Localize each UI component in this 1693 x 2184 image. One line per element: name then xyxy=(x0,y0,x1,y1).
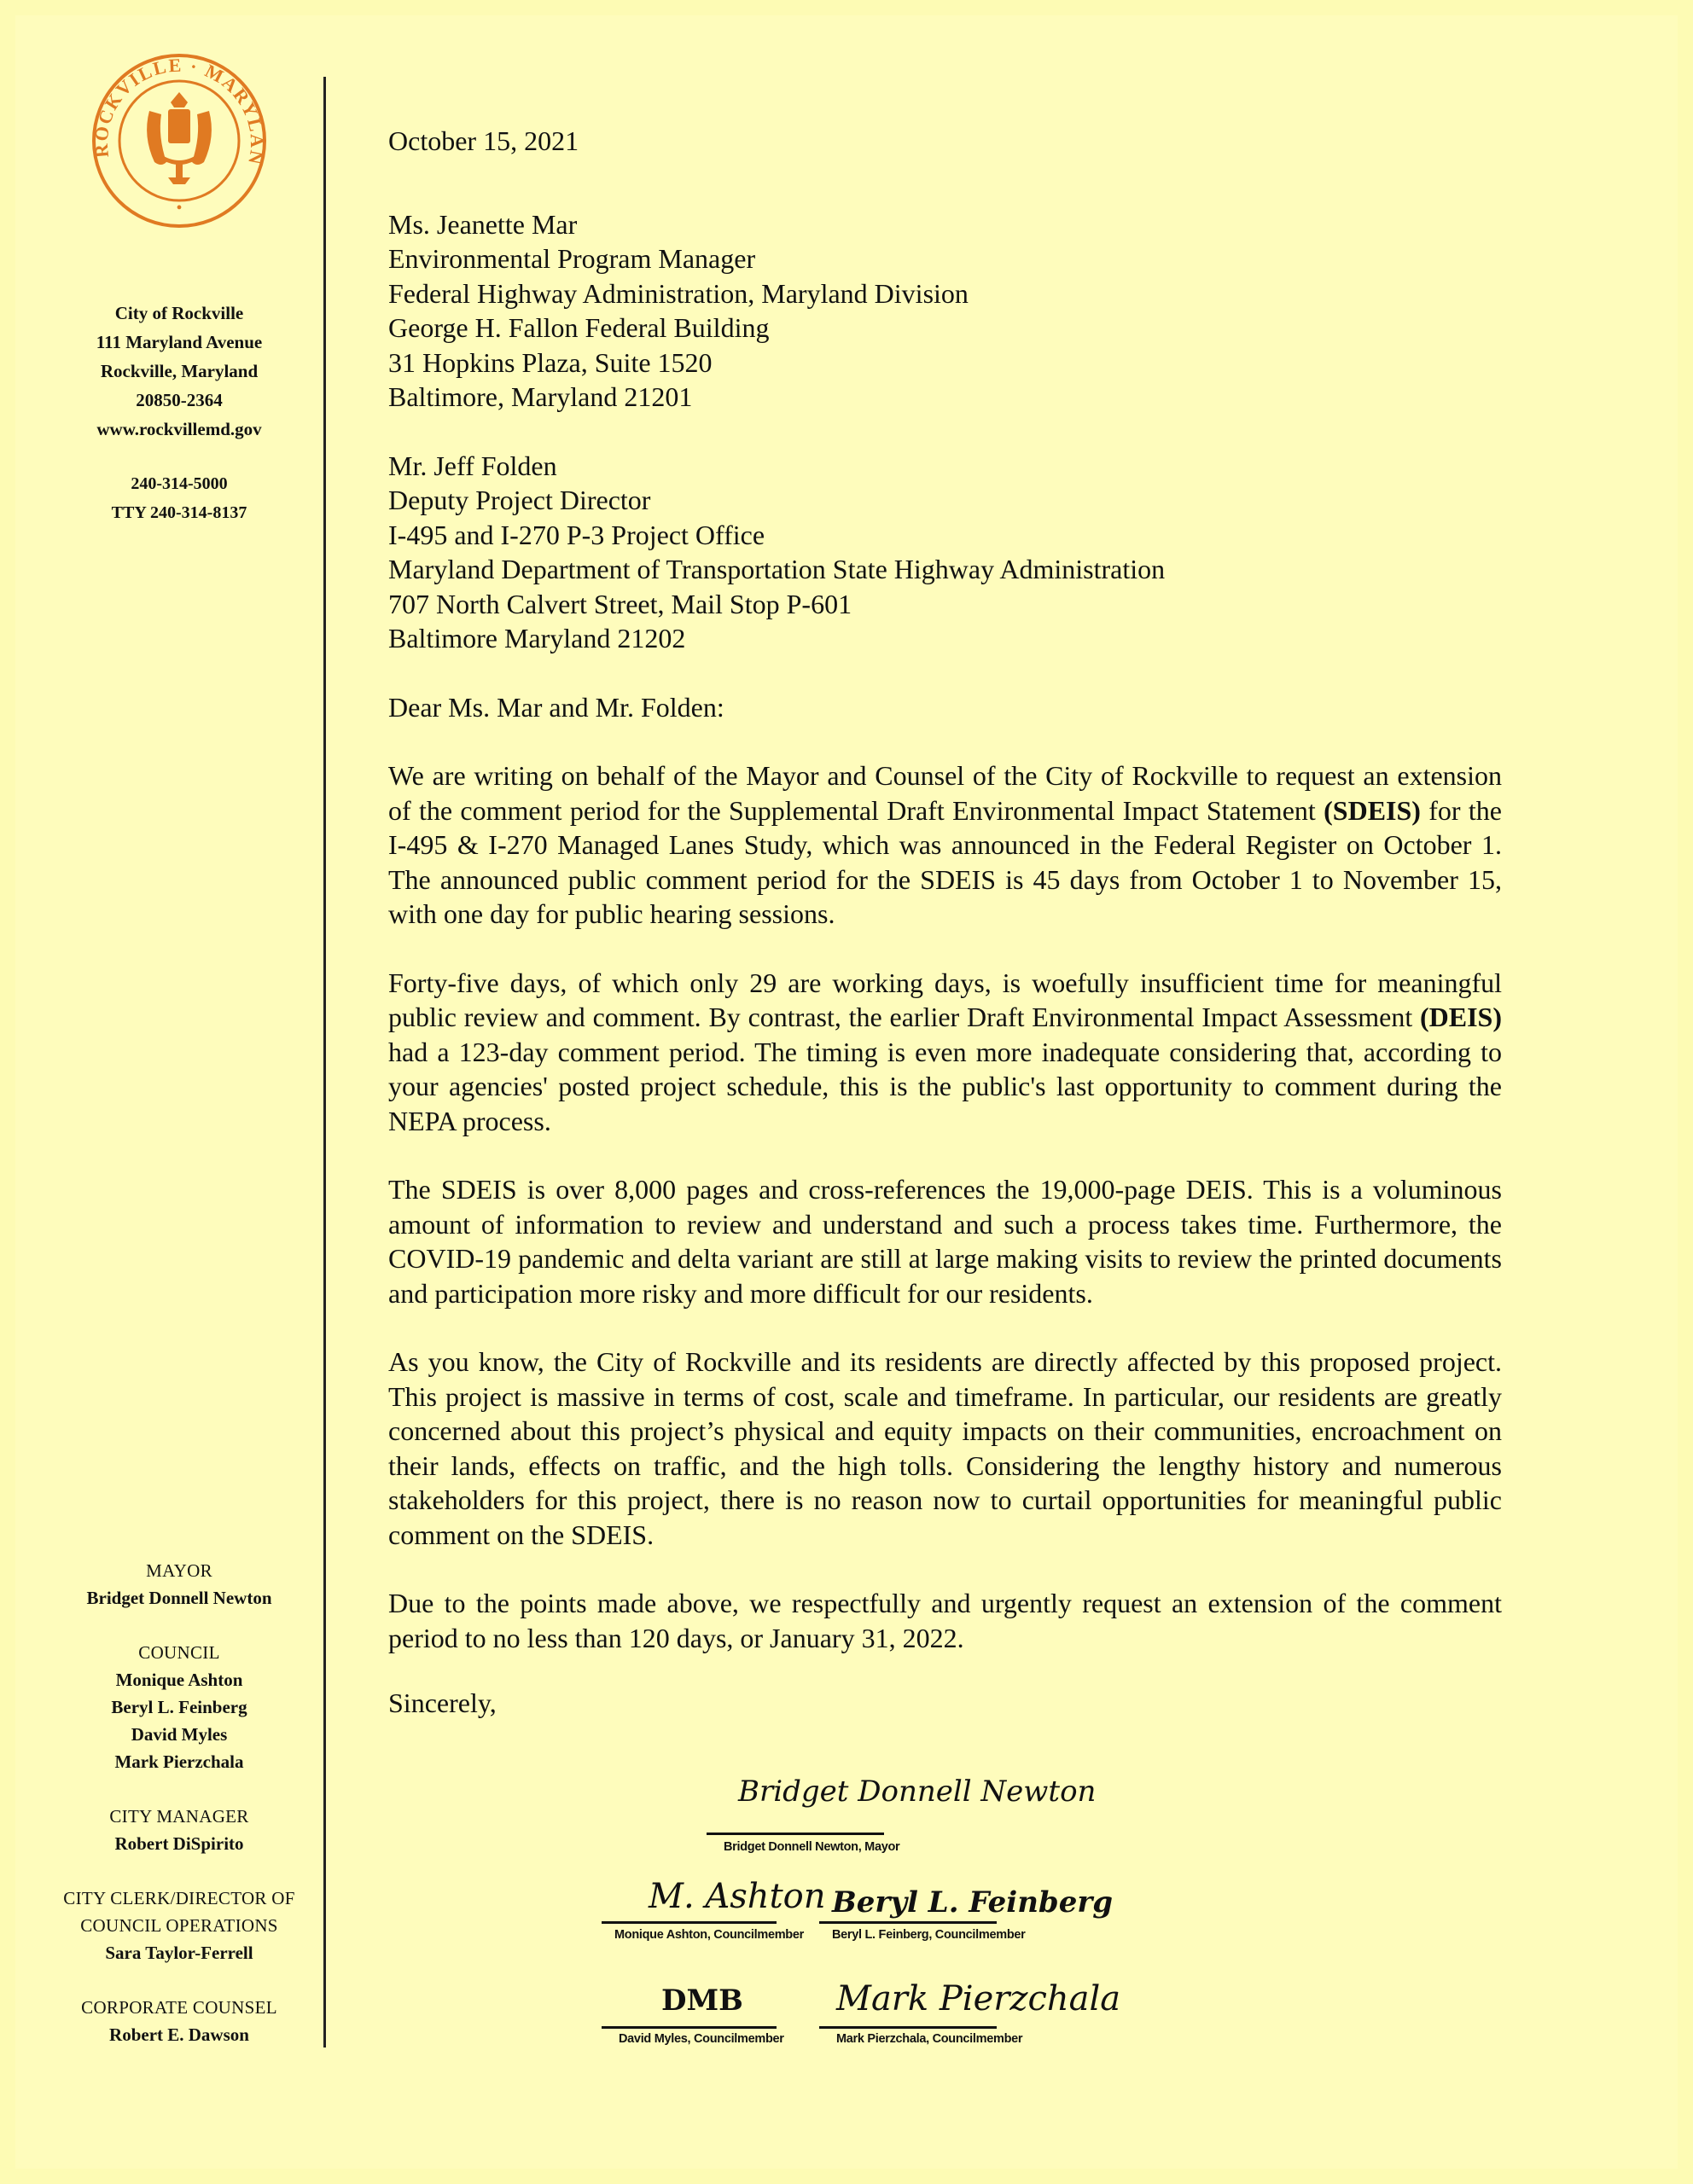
address-line: 111 Maryland Avenue xyxy=(51,328,307,357)
official-name: Sara Taylor-Ferrell xyxy=(51,1939,307,1966)
recipient-address: Mr. Jeff FoldenDeputy Project DirectorI-… xyxy=(388,449,1502,656)
recipient-address-line: 707 North Calvert Street, Mail Stop P-60… xyxy=(388,587,1502,622)
signature-caption: Beryl L. Feinberg, Councilmember xyxy=(832,1928,1025,1942)
phone-number: 240-314-5000 xyxy=(51,469,307,498)
signature-caption: Mark Pierzchala, Councilmember xyxy=(836,2032,1022,2046)
official-group: CITY CLERK/DIRECTOR OF COUNCIL OPERATION… xyxy=(51,1885,307,1966)
letter-paragraph: As you know, the City of Rockville and i… xyxy=(388,1345,1502,1552)
official-group: MAYORBridget Donnell Newton xyxy=(51,1557,307,1612)
recipients: Ms. Jeanette MarEnvironmental Program Ma… xyxy=(388,207,1502,656)
official-group: CITY MANAGERRobert DiSpirito xyxy=(51,1803,307,1857)
paragraph-text: Due to the points made above, we respect… xyxy=(388,1588,1502,1653)
official-title: COUNCIL xyxy=(51,1639,307,1666)
letter-paragraph: We are writing on behalf of the Mayor an… xyxy=(388,758,1502,932)
official-title: MAYOR xyxy=(51,1557,307,1584)
recipient-address-line: Mr. Jeff Folden xyxy=(388,449,1502,484)
bold-acronym: (SDEIS) xyxy=(1324,795,1421,826)
svg-text:•: • xyxy=(176,199,182,218)
letter-paragraphs: We are writing on behalf of the Mayor an… xyxy=(388,758,1502,1655)
recipient-address-line: 31 Hopkins Plaza, Suite 1520 xyxy=(388,346,1502,380)
city-seal-icon: ROCKVILLE · MARYLAND • xyxy=(90,51,269,230)
signature-line xyxy=(707,1833,884,1835)
official-name: David Myles xyxy=(51,1721,307,1748)
official-title: CITY CLERK/DIRECTOR OF COUNCIL OPERATION… xyxy=(51,1885,307,1939)
sidebar-divider xyxy=(323,77,326,2047)
recipient-address-line: Federal Highway Administration, Maryland… xyxy=(388,276,1502,311)
signature-script: DMB xyxy=(661,1984,743,2018)
address-line: City of Rockville xyxy=(51,299,307,328)
official-name: Monique Ashton xyxy=(51,1666,307,1693)
official-name: Robert E. Dawson xyxy=(51,2021,307,2048)
bold-acronym: (DEIS) xyxy=(1420,1002,1502,1032)
signature-script: Bridget Donnell Newton xyxy=(738,1774,1096,1809)
letter-date: October 15, 2021 xyxy=(388,124,1502,159)
recipient-address-line: Baltimore, Maryland 21201 xyxy=(388,380,1502,415)
paragraph-text: Forty-five days, of which only 29 are wo… xyxy=(388,967,1502,1033)
address-line: Rockville, Maryland xyxy=(51,357,307,386)
signature-script: Mark Pierzchala xyxy=(836,1979,1120,2018)
recipient-address-line: Baltimore Maryland 21202 xyxy=(388,621,1502,656)
official-name: Mark Pierzchala xyxy=(51,1748,307,1775)
letterhead-sidebar: ROCKVILLE · MARYLAND • City of Rockville… xyxy=(51,51,307,527)
paragraph-text: had a 123-day comment period. The timing… xyxy=(388,1037,1502,1136)
letter-paragraph: Forty-five days, of which only 29 are wo… xyxy=(388,966,1502,1139)
city-phones: 240-314-5000 TTY 240-314-8137 xyxy=(51,469,307,527)
salutation: Dear Ms. Mar and Mr. Folden: xyxy=(388,690,1502,725)
paragraph-text: As you know, the City of Rockville and i… xyxy=(388,1346,1502,1550)
official-group: CORPORATE COUNSELRobert E. Dawson xyxy=(51,1994,307,2048)
signature-script: M. Ashton xyxy=(649,1877,825,1916)
official-name: Robert DiSpirito xyxy=(51,1830,307,1857)
recipient-address-line: George H. Fallon Federal Building xyxy=(388,311,1502,346)
recipient-address: Ms. Jeanette MarEnvironmental Program Ma… xyxy=(388,207,1502,415)
letter-body: October 15, 2021 Ms. Jeanette MarEnviron… xyxy=(388,124,1502,1721)
letter-paragraph: The SDEIS is over 8,000 pages and cross-… xyxy=(388,1172,1502,1310)
signature-line xyxy=(819,2026,997,2029)
recipient-address-line: Ms. Jeanette Mar xyxy=(388,207,1502,242)
signature-caption: Bridget Donnell Newton, Mayor xyxy=(724,1840,899,1854)
signature-line xyxy=(819,1921,997,1924)
signature-block: Bridget Donnell Newton Bridget Donnell N… xyxy=(597,1774,1280,2047)
signature-caption: David Myles, Councilmember xyxy=(619,2032,784,2046)
signature-line xyxy=(602,2026,777,2029)
recipient-address-line: I-495 and I-270 P-3 Project Office xyxy=(388,518,1502,553)
letter-paragraph: Due to the points made above, we respect… xyxy=(388,1586,1502,1655)
signature-caption: Monique Ashton, Councilmember xyxy=(614,1928,804,1942)
recipient-address-line: Maryland Department of Transportation St… xyxy=(388,552,1502,587)
website-link[interactable]: www.rockvillemd.gov xyxy=(51,415,307,444)
address-line: 20850-2364 xyxy=(51,386,307,415)
signature-script: Beryl L. Feinberg xyxy=(832,1885,1113,1920)
recipient-address-line: Deputy Project Director xyxy=(388,483,1502,518)
official-name: Bridget Donnell Newton xyxy=(51,1584,307,1612)
officials-list: MAYORBridget Donnell NewtonCOUNCILMoniqu… xyxy=(51,1557,307,2076)
signature-line xyxy=(602,1921,777,1924)
recipient-address-line: Environmental Program Manager xyxy=(388,241,1502,276)
city-address: City of Rockville 111 Maryland Avenue Ro… xyxy=(51,299,307,444)
tty-number: TTY 240-314-8137 xyxy=(51,498,307,527)
official-title: CORPORATE COUNSEL xyxy=(51,1994,307,2021)
official-title: CITY MANAGER xyxy=(51,1803,307,1830)
official-group: COUNCILMonique AshtonBeryl L. FeinbergDa… xyxy=(51,1639,307,1775)
official-name: Beryl L. Feinberg xyxy=(51,1693,307,1721)
closing: Sincerely, xyxy=(388,1686,1502,1721)
paragraph-text: The SDEIS is over 8,000 pages and cross-… xyxy=(388,1174,1502,1309)
